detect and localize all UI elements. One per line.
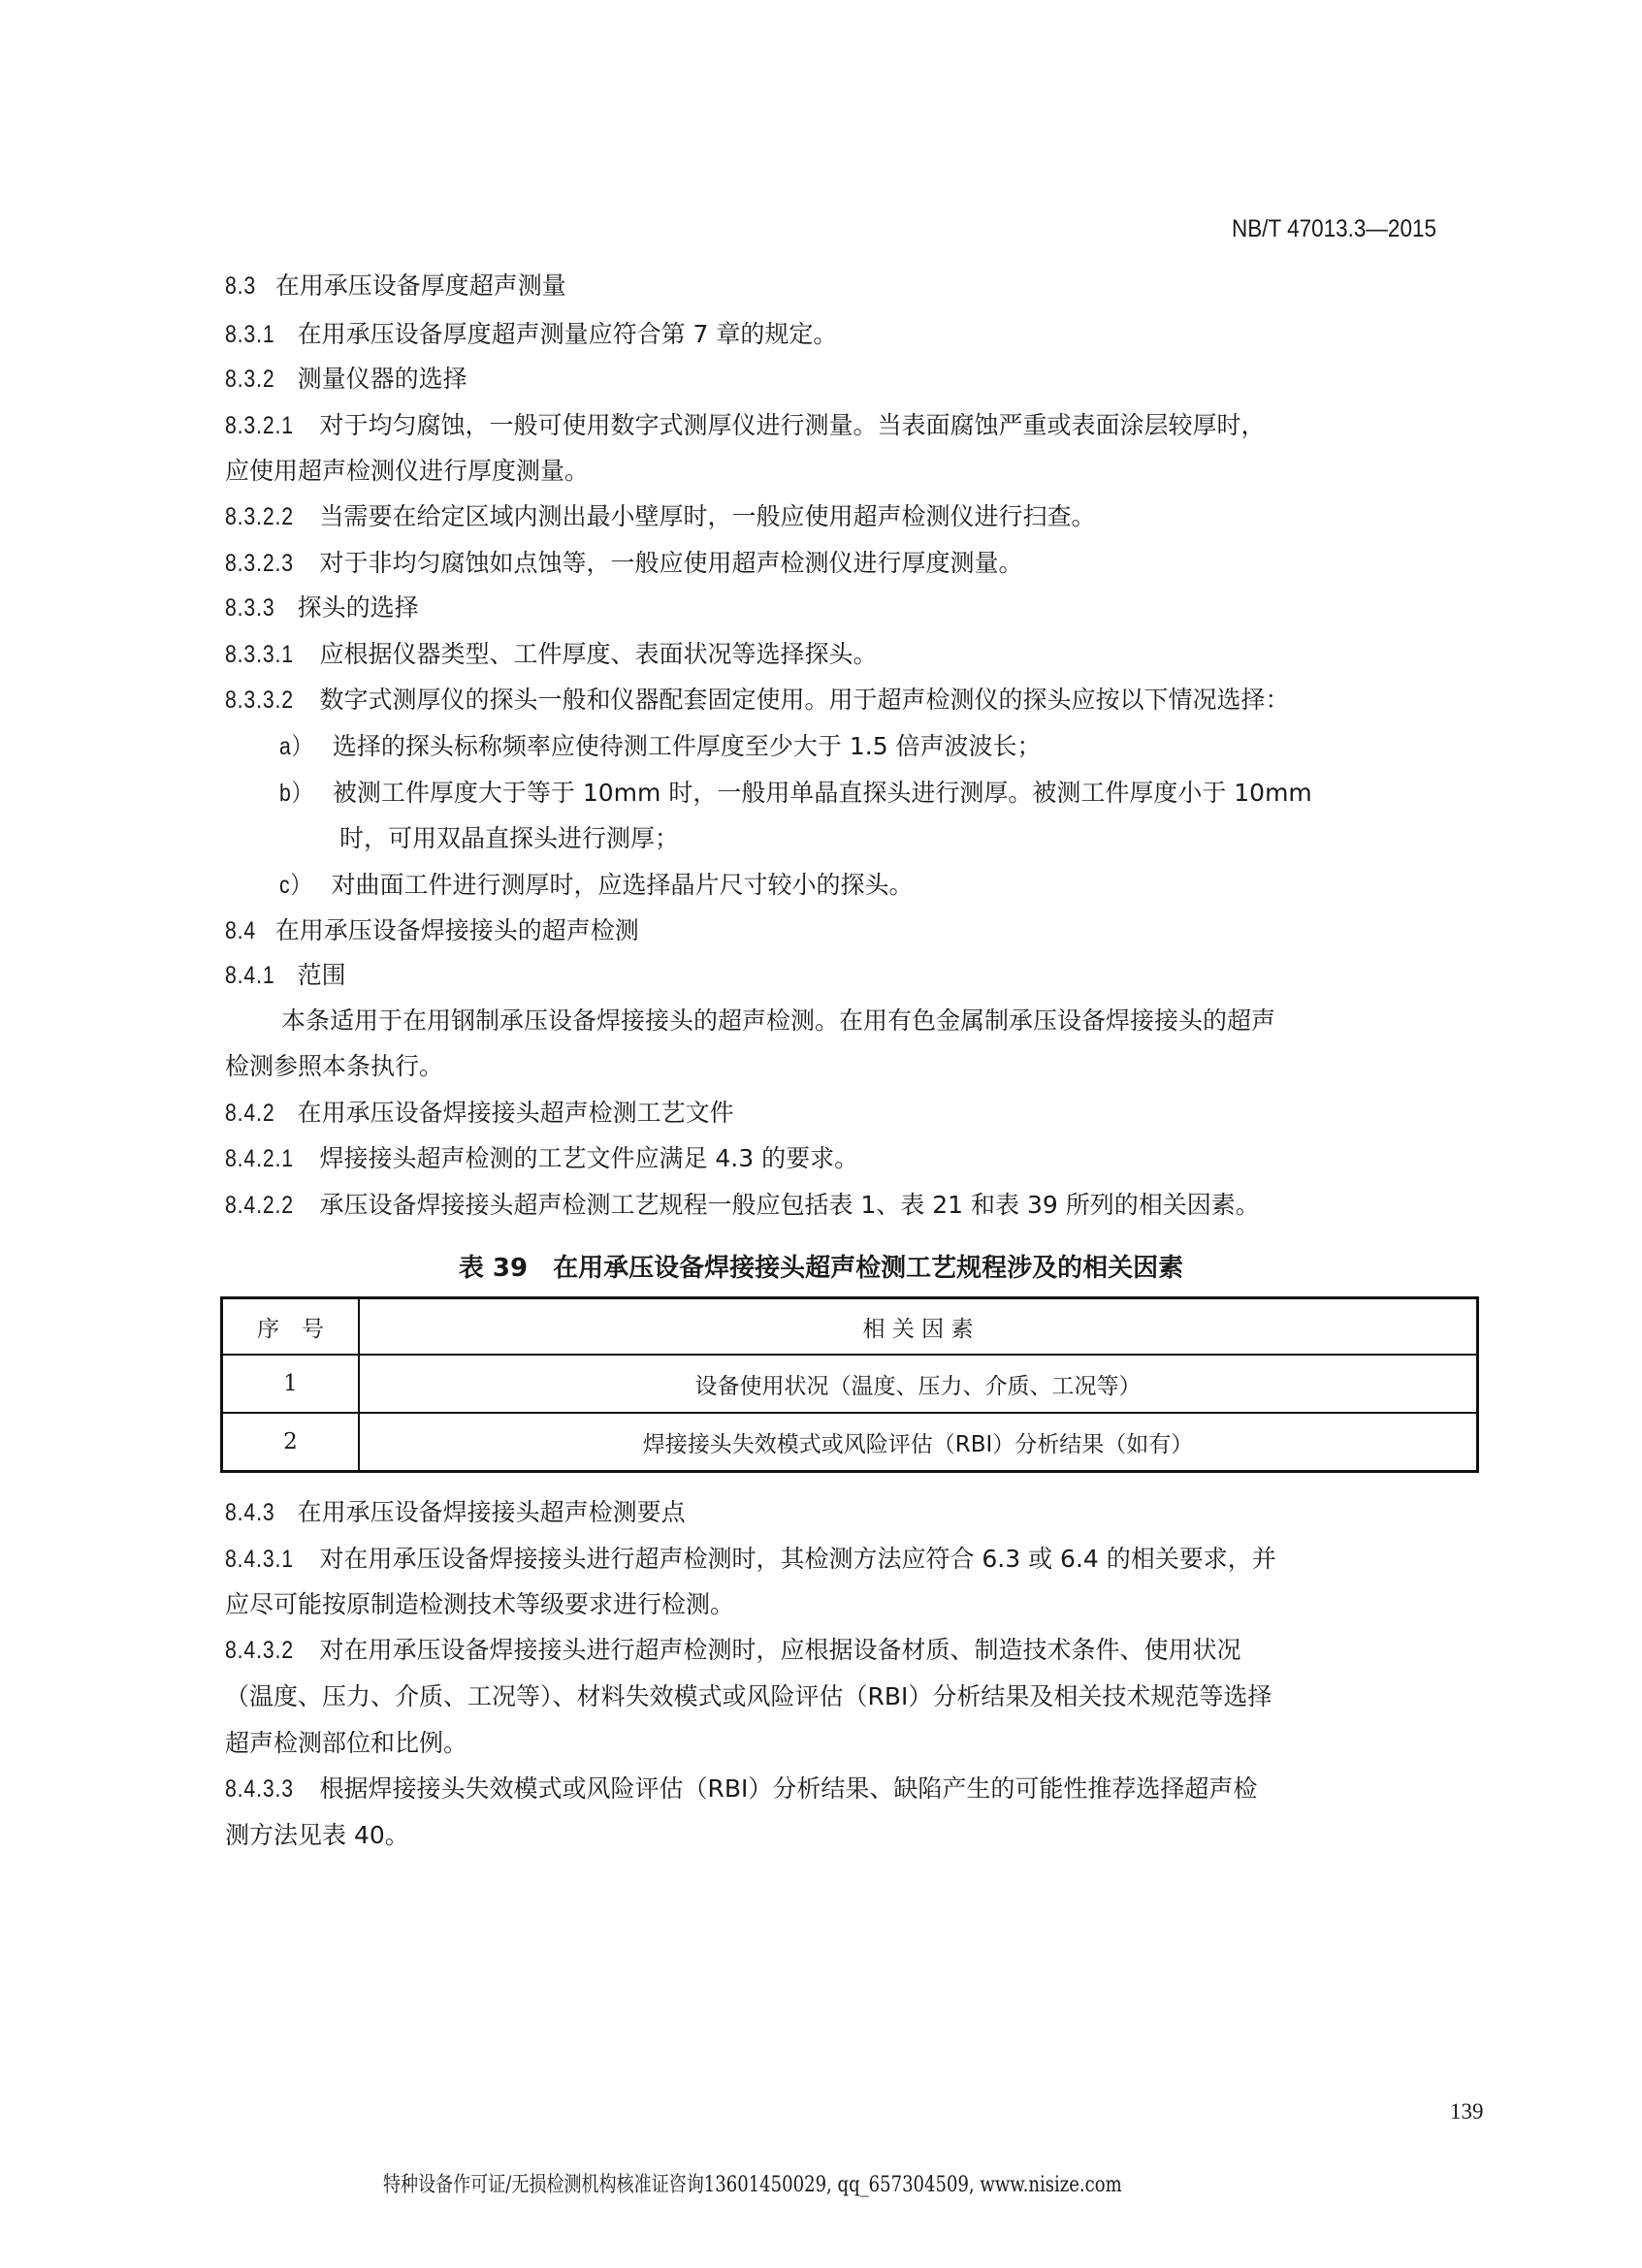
clause-line: 8.3.3.2数字式测厚仪的探头一般和仪器配套固定使用。用于超声检测仪的探头应按… — [225, 686, 1289, 715]
clause-line: 应尽可能按原制造检测技术等级要求进行检测。 — [225, 1590, 734, 1619]
clause-line: 8.3.2.2当需要在给定区域内测出最小壁厚时，一般应使用超声检测仪进行扫查。 — [225, 502, 1095, 531]
clause-line: 8.4.3.2对在用承压设备焊接接头进行超声检测时，应根据设备材质、制造技术条件… — [225, 1636, 1240, 1665]
clause-line: （温度、压力、介质、工况等）、材料失效模式或风险评估（RBI）分析结果及相关技术… — [225, 1682, 1272, 1711]
list-marker: a） — [279, 732, 313, 761]
clause-text: 测方法见表 40。 — [225, 1821, 409, 1849]
clause-text: 对曲面工件进行测厚时，应选择晶片尺寸较小的探头。 — [332, 871, 914, 899]
clause-number: 8.3.2.2 — [225, 502, 294, 531]
clause-number: 8.3.2 — [225, 365, 275, 394]
table-title: 表 39 在用承压设备焊接接头超声检测工艺规程涉及的相关因素 — [0, 1248, 1642, 1284]
table-row: 2 焊接接头失效模式或风险评估（RBI）分析结果（如有） — [222, 1413, 1478, 1472]
clause-text: 承压设备焊接接头超声检测工艺规程一般应包括表 1、表 21 和表 39 所列的相… — [319, 1191, 1259, 1219]
clause-line: 8.4.2.2承压设备焊接接头超声检测工艺规程一般应包括表 1、表 21 和表 … — [225, 1191, 1260, 1220]
clause-number: 8.4 — [225, 916, 256, 945]
clause-line: 8.4在用承压设备焊接接头的超声检测 — [225, 916, 639, 945]
clause-number: 8.4.1 — [225, 961, 275, 990]
clause-text: 选择的探头标称频率应使待测工件厚度至少大于 1.5 倍声波波长； — [333, 732, 1042, 760]
clause-number: 8.3.3.2 — [225, 686, 294, 715]
list-item: b）被测工件厚度大于等于 10mm 时，一般用单晶直探头进行测厚。被测工件厚度小… — [279, 779, 1312, 808]
clause-line: 超声检测部位和比例。 — [225, 1729, 467, 1758]
clause-line: 测方法见表 40。 — [225, 1821, 409, 1850]
list-item: 时，可用双晶直探头进行测厚； — [339, 824, 679, 853]
clause-number: 8.3.2.3 — [225, 549, 294, 578]
clause-text: 被测工件厚度大于等于 10mm 时，一般用单晶直探头进行测厚。被测工件厚度小于 … — [333, 779, 1312, 807]
cell-factor: 焊接接头失效模式或风险评估（RBI）分析结果（如有） — [359, 1413, 1478, 1472]
clause-text: 对于非均匀腐蚀如点蚀等，一般应使用超声检测仪进行厚度测量。 — [319, 549, 1022, 577]
clause-text: 超声检测部位和比例。 — [225, 1729, 467, 1757]
cell-serial: 1 — [222, 1355, 360, 1413]
clause-number: 8.4.2 — [225, 1099, 275, 1128]
clause-text: 数字式测厚仪的探头一般和仪器配套固定使用。用于超声检测仪的探头应按以下情况选择： — [319, 686, 1289, 714]
clause-text: 时，可用双晶直探头进行测厚； — [339, 824, 679, 852]
clause-number: 8.4.2.2 — [225, 1191, 294, 1220]
header-related-factors: 相 关 因 素 — [359, 1298, 1478, 1356]
cell-serial: 2 — [222, 1413, 360, 1472]
clause-text: （温度、压力、介质、工况等）、材料失效模式或风险评估（RBI）分析结果及相关技术… — [225, 1682, 1272, 1710]
clause-line: 8.3.1在用承压设备厚度超声测量应符合第 7 章的规定。 — [225, 320, 837, 349]
clause-text: 本条适用于在用钢制承压设备焊接接头的超声检测。在用有色金属制承压设备焊接接头的超… — [281, 1006, 1275, 1035]
clause-line: 本条适用于在用钢制承压设备焊接接头的超声检测。在用有色金属制承压设备焊接接头的超… — [281, 1006, 1275, 1036]
clause-text: 对在用承压设备焊接接头进行超声检测时，应根据设备材质、制造技术条件、使用状况 — [319, 1636, 1240, 1664]
page-number: 139 — [1450, 2099, 1484, 2124]
clause-line: 8.3.3.1应根据仪器类型、工件厚度、表面状况等选择探头。 — [225, 640, 877, 669]
list-marker: c） — [279, 871, 312, 900]
clause-number: 8.3.2.1 — [225, 411, 294, 440]
clause-line: 8.3.2测量仪器的选择 — [225, 365, 467, 394]
table-header-row: 序 号 相 关 因 素 — [222, 1298, 1478, 1356]
header-serial-number: 序 号 — [222, 1298, 360, 1356]
clause-text: 测量仪器的选择 — [298, 365, 467, 393]
clause-text: 检测参照本条执行。 — [225, 1052, 443, 1080]
clause-text: 在用承压设备焊接接头超声检测工艺文件 — [298, 1099, 734, 1127]
clause-line: 8.3在用承压设备厚度超声测量 — [225, 272, 566, 301]
clause-line: 8.3.2.1对于均匀腐蚀，一般可使用数字式测厚仪进行测量。当表面腐蚀严重或表面… — [225, 411, 1265, 440]
clause-number: 8.4.3.2 — [225, 1636, 294, 1665]
clause-text: 在用承压设备厚度超声测量应符合第 7 章的规定。 — [298, 320, 838, 348]
clause-text: 当需要在给定区域内测出最小壁厚时，一般应使用超声检测仪进行扫查。 — [319, 502, 1095, 530]
list-marker: b） — [279, 779, 313, 808]
clause-line: 8.3.2.3对于非均匀腐蚀如点蚀等，一般应使用超声检测仪进行厚度测量。 — [225, 549, 1022, 578]
clause-line: 8.4.3.3根据焊接接头失效模式或风险评估（RBI）分析结果、缺陷产生的可能性… — [225, 1774, 1257, 1804]
clause-text: 对在用承压设备焊接接头进行超声检测时，其检测方法应符合 6.3 或 6.4 的相… — [319, 1545, 1275, 1573]
list-item: c）对曲面工件进行测厚时，应选择晶片尺寸较小的探头。 — [279, 871, 914, 900]
footer-watermark: 特种设备作可证/无损检测机构核准证咨询13601450029, qq_65730… — [383, 2168, 1122, 2198]
list-item: a）选择的探头标称频率应使待测工件厚度至少大于 1.5 倍声波波长； — [279, 732, 1042, 761]
cell-factor: 设备使用状况（温度、压力、介质、工况等） — [359, 1355, 1478, 1413]
clause-text: 应使用超声检测仪进行厚度测量。 — [225, 457, 589, 485]
clause-number: 8.3.3.1 — [225, 640, 294, 669]
clause-number: 8.3.3 — [225, 593, 275, 623]
clause-line: 检测参照本条执行。 — [225, 1052, 443, 1081]
clause-line: 8.4.3.1对在用承压设备焊接接头进行超声检测时，其检测方法应符合 6.3 或… — [225, 1545, 1276, 1574]
table-row: 1 设备使用状况（温度、压力、介质、工况等） — [222, 1355, 1478, 1413]
clause-line: 8.4.1范围 — [225, 961, 346, 990]
clause-text: 应尽可能按原制造检测技术等级要求进行检测。 — [225, 1590, 734, 1618]
clause-line: 8.3.3探头的选择 — [225, 593, 419, 623]
clause-text: 范围 — [298, 961, 346, 989]
clause-text: 根据焊接接头失效模式或风险评估（RBI）分析结果、缺陷产生的可能性推荐选择超声检 — [319, 1774, 1257, 1803]
factors-table: 序 号 相 关 因 素 1 设备使用状况（温度、压力、介质、工况等） 2 焊接接… — [220, 1296, 1479, 1473]
clause-text: 在用承压设备焊接接头超声检测要点 — [298, 1498, 686, 1526]
clause-line: 8.4.2在用承压设备焊接接头超声检测工艺文件 — [225, 1099, 734, 1128]
clause-number: 8.4.3.3 — [225, 1774, 294, 1804]
clause-text: 探头的选择 — [298, 593, 419, 622]
clause-line: 应使用超声检测仪进行厚度测量。 — [225, 457, 589, 486]
clause-text: 在用承压设备焊接接头的超声检测 — [275, 916, 639, 944]
clause-number: 8.4.3 — [225, 1498, 275, 1527]
clause-line: 8.4.3在用承压设备焊接接头超声检测要点 — [225, 1498, 686, 1527]
clause-number: 8.3 — [225, 272, 256, 301]
clause-line: 8.4.2.1焊接接头超声检测的工艺文件应满足 4.3 的要求。 — [225, 1144, 858, 1173]
clause-text: 焊接接头超声检测的工艺文件应满足 4.3 的要求。 — [319, 1144, 858, 1172]
clause-text: 对于均匀腐蚀，一般可使用数字式测厚仪进行测量。当表面腐蚀严重或表面涂层较厚时， — [319, 411, 1265, 439]
clause-number: 8.3.1 — [225, 320, 275, 349]
standard-code-header: NB/T 47013.3—2015 — [1232, 215, 1436, 243]
clause-text: 应根据仪器类型、工件厚度、表面状况等选择探头。 — [319, 640, 877, 668]
clause-number: 8.4.2.1 — [225, 1144, 294, 1173]
clause-text: 在用承压设备厚度超声测量 — [275, 272, 566, 300]
clause-number: 8.4.3.1 — [225, 1545, 294, 1574]
